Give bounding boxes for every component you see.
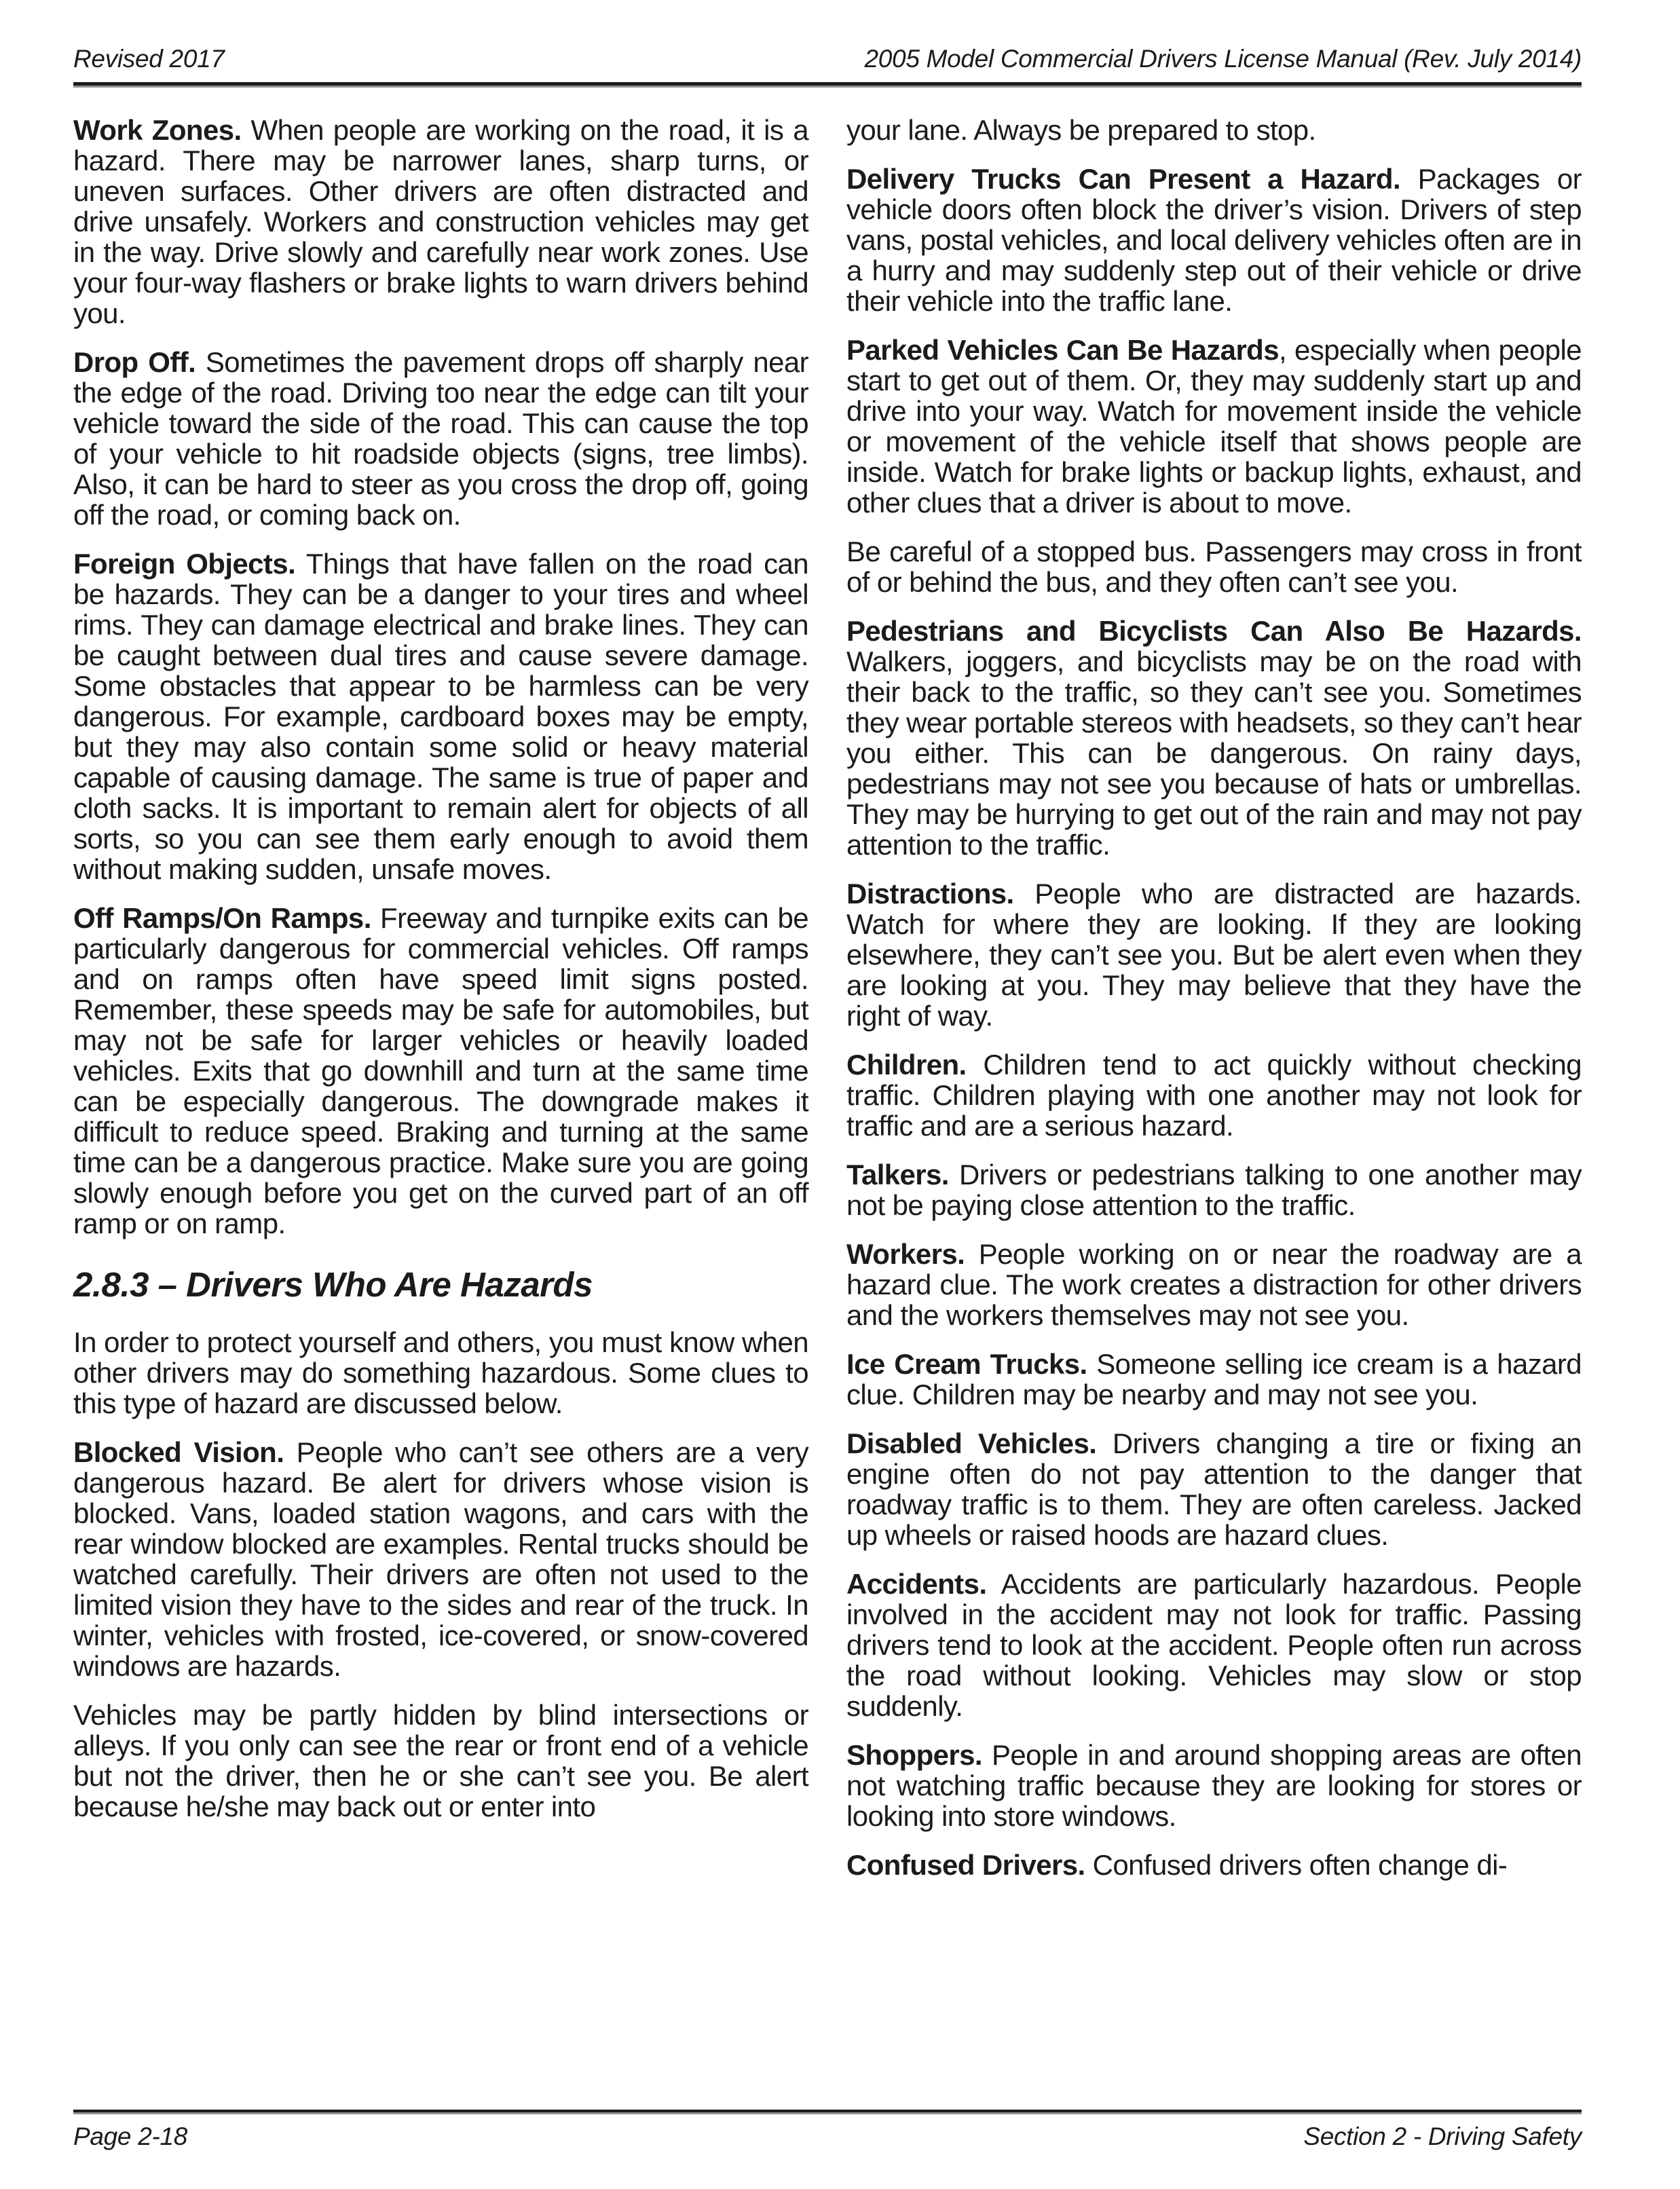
paragraph-ice-cream-trucks: Ice Cream Trucks. Someone selling ice cr… [846, 1349, 1582, 1410]
paragraph-lead: Work Zones. [73, 114, 242, 146]
paragraph-parked-vehicles: Parked Vehicles Can Be Hazards, especial… [846, 335, 1582, 518]
paragraph-lead: Ice Cream Trucks. [846, 1348, 1087, 1380]
paragraph-lead: Confused Drivers. [846, 1849, 1085, 1881]
paragraph-disabled-vehicles: Disabled Vehicles. Drivers changing a ti… [846, 1428, 1582, 1550]
paragraph-off-ramps: Off Ramps/On Ramps. Freeway and turnpike… [73, 903, 808, 1239]
paragraph-lead: Children. [846, 1049, 967, 1081]
paragraph-text: Vehicles may be partly hidden by blind i… [73, 1699, 808, 1822]
paragraph-foreign-objects: Foreign Objects. Things that have fallen… [73, 548, 808, 884]
left-column: Work Zones. When people are working on t… [73, 115, 808, 1898]
footer-page-number: Page 2-18 [73, 2122, 187, 2151]
paragraph-your-lane: your lane. Always be prepared to stop. [846, 115, 1582, 145]
paragraph-lead: Shoppers. [846, 1739, 982, 1771]
footer-text: Page 2-18 Section 2 - Driving Safety [73, 2122, 1582, 2151]
two-column-layout: Work Zones. When people are working on t… [73, 115, 1582, 1898]
paragraph-text: In order to protect yourself and others,… [73, 1326, 808, 1419]
paragraph-text: Freeway and turnpike exits can be partic… [73, 902, 808, 1239]
footer-rule [73, 2110, 1582, 2114]
paragraph-text: Be careful of a stopped bus. Passengers … [846, 536, 1582, 598]
paragraph-lead: Drop Off. [73, 346, 195, 378]
paragraph-lead: Disabled Vehicles. [846, 1427, 1096, 1459]
paragraph-lead: Workers. [846, 1238, 965, 1270]
paragraph-work-zones: Work Zones. When people are working on t… [73, 115, 808, 329]
paragraph-lead: Off Ramps/On Ramps. [73, 902, 371, 934]
paragraph-text: Confused drivers often change di- [1085, 1849, 1508, 1881]
paragraph-text: Things that have fallen on the road can … [73, 548, 808, 885]
paragraph-section-intro: In order to protect yourself and others,… [73, 1327, 808, 1419]
paragraph-lead: Talkers. [846, 1159, 949, 1191]
paragraph-workers: Workers. People working on or near the r… [846, 1239, 1582, 1330]
header-revision-note: Revised 2017 [73, 45, 225, 73]
paragraph-talkers: Talkers. Drivers or pedestrians talking … [846, 1159, 1582, 1220]
paragraph-distractions: Distractions. People who are distracted … [846, 878, 1582, 1031]
paragraph-confused-drivers: Confused Drivers. Confused drivers often… [846, 1850, 1582, 1880]
page-header: Revised 2017 2005 Model Commercial Drive… [73, 0, 1582, 73]
paragraph-text: People who can’t see others are a very d… [73, 1436, 808, 1682]
footer-section-title: Section 2 - Driving Safety [1303, 2122, 1582, 2151]
paragraph-lead: Delivery Trucks Can Present a Hazard. [846, 163, 1400, 195]
paragraph-hidden-vehicles: Vehicles may be partly hidden by blind i… [73, 1700, 808, 1822]
paragraph-pedestrians-bicyclists: Pedestrians and Bicyclists Can Also Be H… [846, 616, 1582, 860]
paragraph-text: Drivers or pedestrians talking to one an… [846, 1159, 1582, 1221]
paragraph-lead: Foreign Objects. [73, 548, 295, 580]
paragraph-delivery-trucks: Delivery Trucks Can Present a Hazard. Pa… [846, 164, 1582, 316]
paragraph-shoppers: Shoppers. People in and around shopping … [846, 1740, 1582, 1831]
paragraph-stopped-bus: Be careful of a stopped bus. Passengers … [846, 536, 1582, 597]
paragraph-text: your lane. Always be prepared to stop. [846, 114, 1316, 146]
paragraph-lead: Pedestrians and Bicyclists Can Also Be H… [846, 615, 1582, 647]
paragraph-blocked-vision: Blocked Vision. People who can’t see oth… [73, 1437, 808, 1681]
paragraph-lead: Distractions. [846, 878, 1014, 910]
paragraph-lead: Blocked Vision. [73, 1436, 284, 1468]
header-rule [73, 82, 1582, 88]
paragraph-text: Walkers, joggers, and bicyclists may be … [846, 646, 1582, 861]
paragraph-children: Children. Children tend to act quickly w… [846, 1049, 1582, 1141]
page-content: Revised 2017 2005 Model Commercial Drive… [73, 0, 1582, 1898]
manual-page: Revised 2017 2005 Model Commercial Drive… [0, 0, 1680, 2189]
paragraph-accidents: Accidents. Accidents are particularly ha… [846, 1569, 1582, 1721]
paragraph-lead: Accidents. [846, 1568, 986, 1600]
section-heading: 2.8.3 – Drivers Who Are Hazards [73, 1266, 808, 1304]
page-footer: Page 2-18 Section 2 - Driving Safety [73, 2110, 1582, 2151]
paragraph-drop-off: Drop Off. Sometimes the pavement drops o… [73, 347, 808, 530]
right-column: your lane. Always be prepared to stop. D… [846, 115, 1582, 1898]
paragraph-lead: Parked Vehicles Can Be Hazards [846, 334, 1279, 366]
header-manual-title: 2005 Model Commercial Drivers License Ma… [864, 45, 1582, 73]
paragraph-text: When people are working on the road, it … [73, 114, 808, 329]
